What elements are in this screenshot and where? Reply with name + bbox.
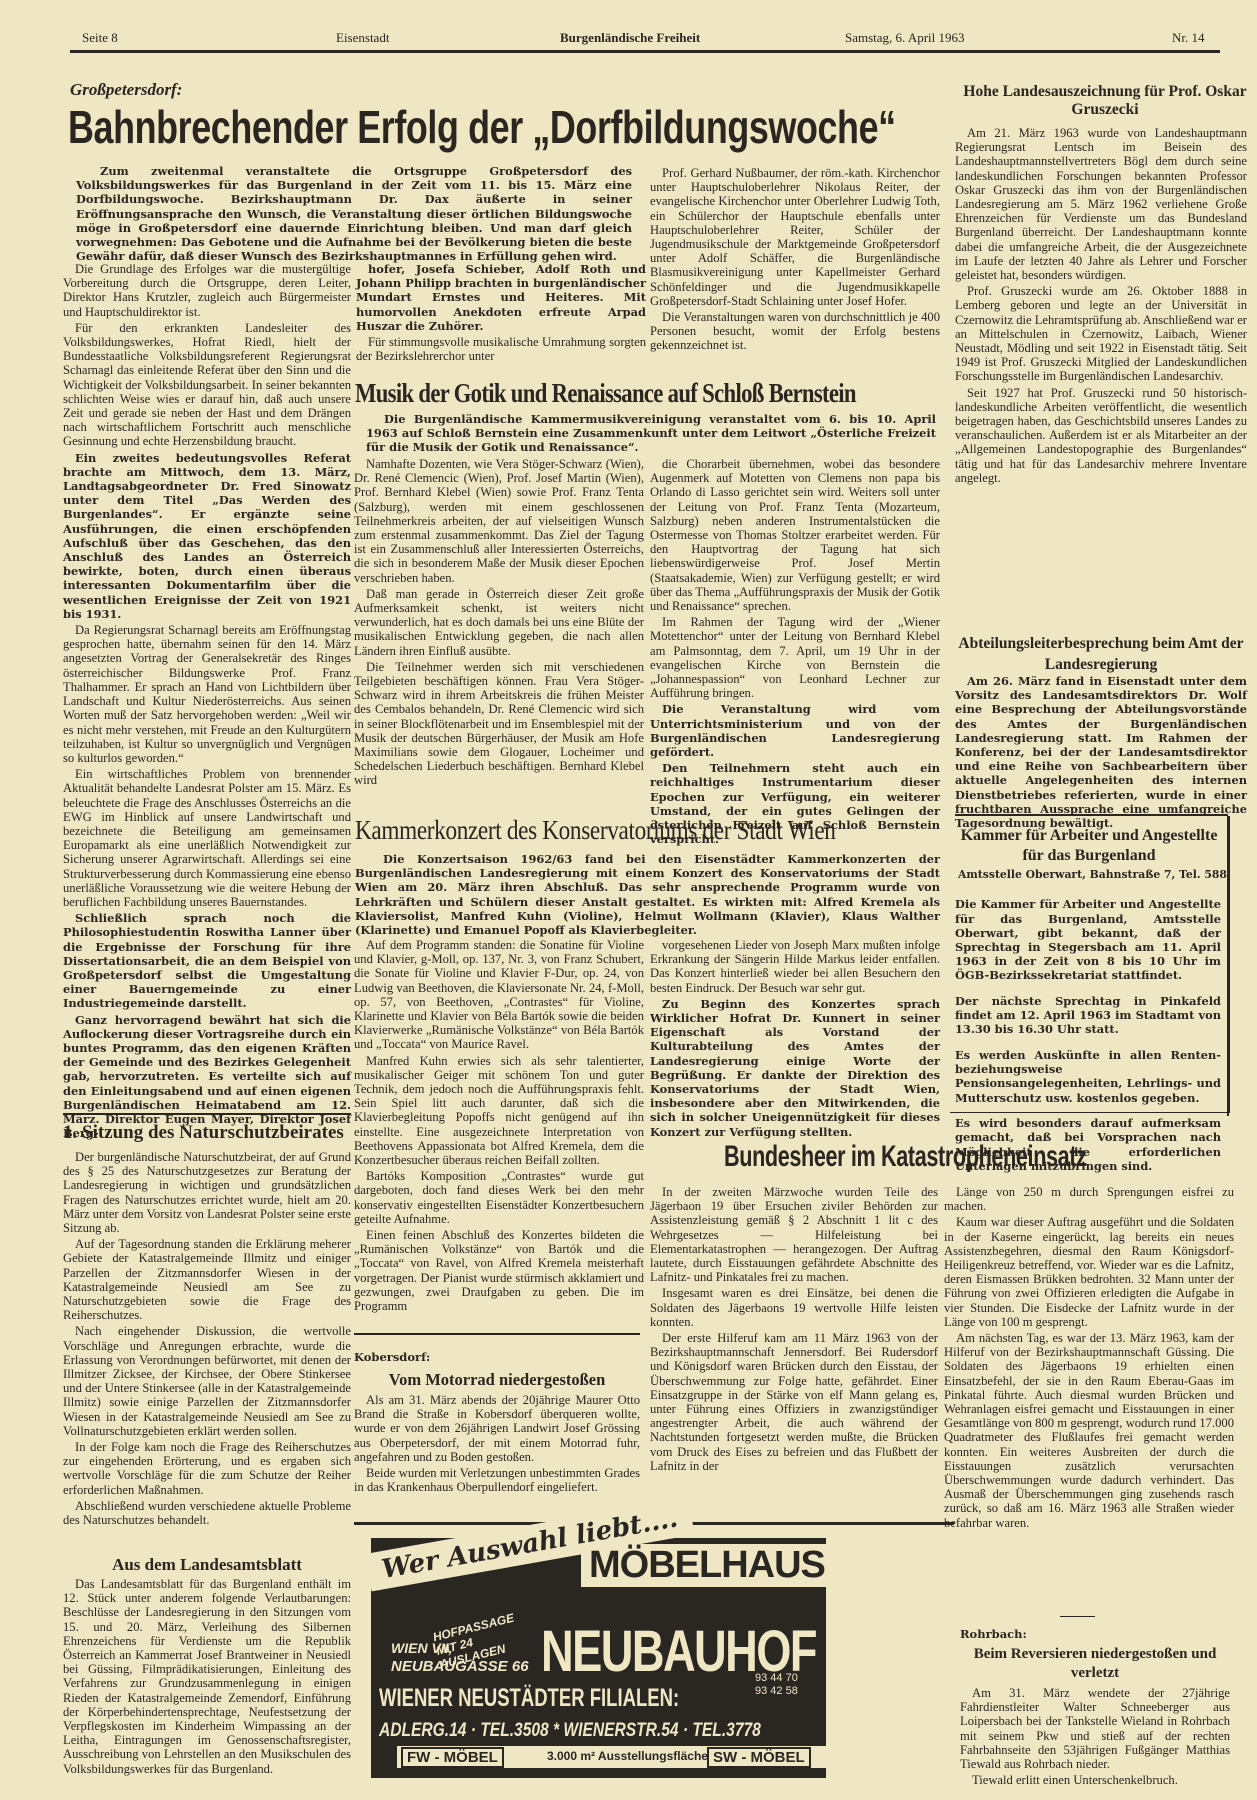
masthead-rule (70, 50, 1220, 53)
kammer-subtitle: Amtsstelle Oberwart, Bahnstraße 7, Tel. … (958, 868, 1220, 881)
paragraph: Für stimmungsvolle musikalische Umrahmun… (356, 335, 646, 363)
ad-bottom-bar: FW - MÖBEL 3.000 m² Ausstellungsfläche S… (397, 1746, 829, 1768)
masthead: Seite 8 Eisenstadt Burgenländische Freih… (70, 30, 1240, 50)
ad-phone2: 93 42 58 (755, 1685, 798, 1697)
divider-bundesheer (650, 1522, 938, 1525)
paragraph: Daß man gerade in Österreich dieser Zeit… (354, 587, 644, 658)
ad-brand-top: MÖBELHAUS (581, 1544, 833, 1587)
paragraph: Schließlich sprach noch die Philosophies… (63, 911, 351, 1010)
paragraph: Beide wurden mit Verletzungen unbestimmt… (354, 1466, 640, 1494)
paragraph: Kaum war dieser Auftrag ausgeführt und d… (944, 1215, 1234, 1329)
musik-col2: die Chorarbeit übernehmen, wobei das bes… (650, 457, 940, 848)
paragraph: Am 21. März 1963 wurde von Landeshauptma… (955, 126, 1247, 282)
konzert-col1: Auf dem Programm standen: die Sonatine f… (354, 938, 644, 1315)
dorfbildung-col3: Prof. Gerhard Nußbaumer, der röm.-kath. … (650, 166, 940, 355)
paragraph: Der erste Hilferuf kam am 11 März 1963 v… (650, 1331, 938, 1473)
divider-naturschutz (63, 1113, 351, 1115)
headline-bundesheer: Bundesheer im Katastropheneinsatz (724, 1140, 1087, 1174)
paragraph: Am nächsten Tag, es war der 13. März 196… (944, 1331, 1234, 1530)
kammer-title: Kammer für Arbeiter und Angestellte für … (958, 826, 1220, 866)
paragraph: Für den erkrankten Landesleiter des Volk… (63, 321, 351, 449)
headline-naturschutz: 1. Sitzung des Naturschutzbeirates (63, 1122, 344, 1144)
paragraph: Die Teilnehmer werden sich mit verschied… (354, 660, 644, 788)
ad-branches-title: WIENER NEUSTÄDTER FILIALEN: (379, 1684, 679, 1713)
paragraph: Auf der Tagesordnung standen die Erkläru… (63, 1237, 351, 1322)
divider-rohrbach (1060, 1616, 1095, 1617)
rohrbach-body: Am 31. März wendete der 27jährige Fahrdi… (960, 1686, 1230, 1789)
paragraph: Seit 1927 hat Prof. Gruszecki rund 50 hi… (955, 386, 1247, 485)
headline-gruszecki: Hohe Landesauszeichnung für Prof. Oskar … (960, 83, 1250, 119)
headline-landesamtsblatt: Aus dem Landesamtsblatt (63, 1555, 351, 1575)
headline-abteilung: Abteilungsleiterbesprechung beim Amt der… (955, 633, 1247, 675)
lead-musik: Die Burgenländische Kammermusikvereinigu… (366, 412, 936, 455)
paragraph: Da Regierungsrat Scharnagl bereits am Er… (63, 623, 351, 765)
paragraph: Tiewald erlitt einen Unterschenkelbruch. (960, 1773, 1230, 1787)
headline-konzert: Kammerkonzert des Konservatoriums der St… (355, 815, 836, 845)
paragraph: Der nächste Sprechtag in Pinkafeld finde… (955, 994, 1221, 1037)
box-right-edge (1227, 816, 1229, 1116)
ad-fw-moebel: FW - MÖBEL (401, 1747, 504, 1768)
paragraph: Die Veranstaltungen waren von durchschni… (650, 310, 940, 353)
paragraph: Auf dem Programm standen: die Sonatine f… (354, 938, 644, 1052)
dorfbildung-col1: Die Grundlage des Erfolges war die muste… (63, 262, 351, 1142)
paragraph: Als am 31. März abends der 20jährige Mau… (354, 1393, 640, 1464)
headline-motorrad: Vom Motorrad niedergestoßen (354, 1370, 640, 1390)
motorrad-body: Als am 31. März abends der 20jährige Mau… (354, 1393, 640, 1496)
issue-date: Samstag, 6. April 1963 (845, 30, 965, 46)
paragraph: Die Veranstaltung wird vom Unterrichtsmi… (650, 702, 940, 759)
ad-area: 3.000 m² Ausstellungsfläche (547, 1749, 708, 1763)
ad-address-line2: NEUBAUGASSE 66 (391, 1658, 529, 1675)
naturschutz-body: Der burgenländische Naturschutzbeirat, d… (63, 1150, 351, 1529)
paragraph: Länge von 250 m durch Sprengungen eisfre… (944, 1185, 1234, 1213)
paper-name: Burgenländische Freiheit (560, 30, 700, 46)
konzert-col2: vorgesehenen Lieder von Joseph Marx mußt… (650, 938, 940, 1141)
kicker-grosspetersdorf: Großpetersdorf: (70, 80, 182, 100)
gruszecki-body: Am 21. März 1963 wurde von Landeshauptma… (955, 126, 1247, 487)
paragraph: Am 31. März wendete der 27jährige Fahrdi… (960, 1686, 1230, 1771)
paragraph: Namhafte Dozenten, wie Vera Stöger-Schwa… (354, 457, 644, 585)
divider-motorrad (354, 1333, 640, 1335)
paragraph: Einen feinen Abschluß des Konzertes bild… (354, 1228, 644, 1313)
ad-branches: ADLERG.14 · TEL.3508 * WIENERSTR.54 · TE… (379, 1720, 761, 1742)
paragraph: Prof. Gruszecki wurde am 26. Oktober 188… (955, 284, 1247, 383)
paragraph: Abschließend wurden verschiedene aktuell… (63, 1499, 351, 1527)
ad-sw-moebel: SW - MÖBEL (707, 1747, 811, 1768)
kicker-kobersdorf: Kobersdorf: (354, 1350, 430, 1364)
paragraph: In der zweiten Märzwoche wurden Teile de… (650, 1185, 938, 1284)
advertisement-neubauhof: Wer Auswahl liebt.... MÖBELHAUS HOFPASSA… (371, 1538, 826, 1778)
paragraph: Prof. Gerhard Nußbaumer, der röm.-kath. … (650, 166, 940, 308)
paragraph: Manfred Kuhn erwies sich als sehr talent… (354, 1054, 644, 1168)
paragraph: Die Grundlage des Erfolges war die muste… (63, 262, 351, 319)
landesamtsblatt-body: Das Landesamtsblatt für das Burgenland e… (63, 1577, 351, 1778)
paragraph: die Chorarbeit übernehmen, wobei das bes… (650, 457, 940, 613)
headline-rohrbach: Beim Reversieren niedergestoßen und verl… (960, 1645, 1230, 1683)
ad-phone1: 93 44 70 (755, 1672, 798, 1684)
city: Eisenstadt (336, 30, 389, 46)
dorfbildung-col2: hofer, Josefa Schieber, Adolf Roth und J… (356, 262, 646, 365)
headline-musik: Musik der Gotik und Renaissance auf Schl… (355, 378, 856, 408)
paragraph: Die Kammer für Arbeiter und Angestellte … (955, 897, 1221, 982)
paragraph: Bartóks Komposition „Contrastes“ wurde g… (354, 1169, 644, 1226)
headline-dorfbildung: Bahnbrechender Erfolg der „Dorfbildungsw… (68, 102, 896, 152)
lead-konzert: Die Konzertsaison 1962/63 fand bei den E… (355, 852, 940, 937)
issue-number: Nr. 14 (1172, 30, 1205, 46)
paragraph: Ein wirtschaftliches Problem von brennen… (63, 767, 351, 909)
paragraph: In der Folge kam noch die Frage des Reih… (63, 1440, 351, 1497)
bundesheer-col2: Länge von 250 m durch Sprengungen eisfre… (944, 1185, 1234, 1532)
musik-col1: Namhafte Dozenten, wie Vera Stöger-Schwa… (354, 457, 644, 790)
paragraph: Es werden Auskünfte in allen Renten- bez… (955, 1048, 1221, 1105)
kicker-rohrbach: Rohrbach: (960, 1627, 1027, 1641)
abteilung-body: Am 26. März fand in Eisenstadt unter dem… (955, 674, 1247, 830)
page-number: Seite 8 (82, 30, 118, 46)
bundesheer-col1: In der zweiten Märzwoche wurden Teile de… (650, 1185, 938, 1475)
ad-address-line1: WIEN VII, (391, 1640, 452, 1656)
paragraph: Zu Beginn des Konzertes sprach Wirkliche… (650, 997, 940, 1139)
paragraph: vorgesehenen Lieder von Joseph Marx mußt… (650, 938, 940, 995)
paragraph: Der burgenländische Naturschutzbeirat, d… (63, 1150, 351, 1235)
paragraph: hofer, Josefa Schieber, Adolf Roth und J… (356, 262, 646, 333)
paragraph: Insgesamt waren es drei Einsätze, bei de… (650, 1286, 938, 1329)
paragraph: Ein zweites bedeutungsvolles Referat bra… (63, 451, 351, 621)
lead-dorfbildung: Zum zweitenmal veranstaltete die Ortsgru… (76, 164, 632, 263)
paragraph: Im Rahmen der Tagung wird der „Wiener Mo… (650, 615, 940, 700)
paragraph: Nach eingehender Diskussion, die wertvol… (63, 1324, 351, 1438)
